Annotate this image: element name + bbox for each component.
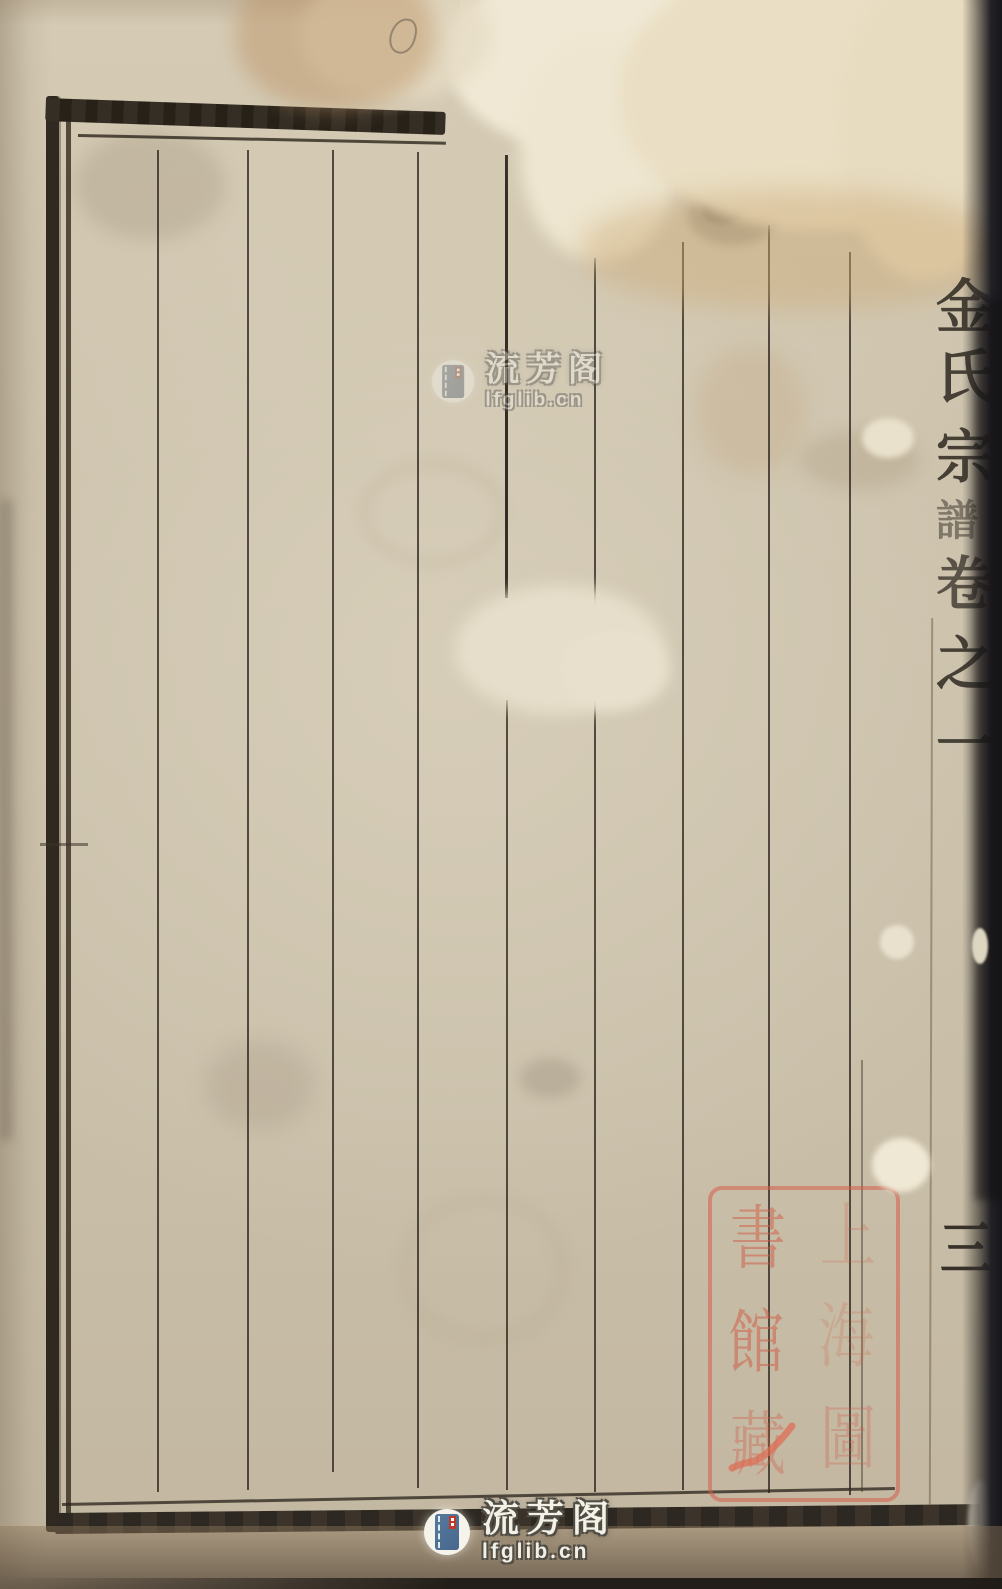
stain bbox=[520, 1058, 580, 1098]
site-watermark-top: 流芳阁 lfglib.cn bbox=[432, 352, 610, 411]
crease-tick bbox=[40, 843, 88, 846]
seal-char: 海 bbox=[818, 1303, 874, 1373]
book-spine-detail bbox=[438, 1516, 440, 1548]
ruled-line bbox=[247, 150, 249, 1490]
watermark-badge bbox=[432, 360, 474, 402]
book-gutter-shadow-core bbox=[975, 300, 1002, 1200]
book-title-slip bbox=[449, 1516, 456, 1529]
seal-char: 圖 bbox=[820, 1405, 876, 1475]
watermark-site-name: 流芳阁 bbox=[485, 352, 609, 386]
scanned-genealogy-page: { "document": { "kind_note": "aged Chine… bbox=[0, 0, 1002, 1589]
book-spine-detail bbox=[445, 367, 447, 396]
book-icon bbox=[435, 1514, 459, 1550]
stain bbox=[205, 1040, 315, 1130]
ruled-line bbox=[682, 242, 684, 1490]
ruled-line bbox=[417, 152, 419, 1488]
stain bbox=[400, 1195, 568, 1343]
ruled-line bbox=[594, 695, 596, 1492]
ruled-line bbox=[506, 700, 508, 1490]
frame-border-left bbox=[46, 96, 59, 1532]
watermark-badge bbox=[424, 1509, 470, 1555]
site-watermark-bottom: 流芳阁 lfglib.cn bbox=[424, 1500, 617, 1564]
seal-char: 館 bbox=[728, 1309, 784, 1379]
seal-red-squiggle bbox=[720, 1420, 810, 1480]
watermark-site-url: lfglib.cn bbox=[482, 1540, 617, 1564]
stain bbox=[75, 130, 225, 240]
worn-white-spot bbox=[862, 418, 914, 458]
book-title-slip bbox=[455, 367, 461, 379]
worn-white-spot bbox=[872, 1138, 930, 1192]
left-edge-streak bbox=[0, 500, 12, 1140]
ruled-line bbox=[594, 258, 596, 622]
stain bbox=[695, 345, 805, 475]
book-icon bbox=[442, 365, 464, 398]
stain bbox=[360, 460, 506, 566]
ruled-line bbox=[157, 150, 159, 1492]
worn-white-spot bbox=[880, 925, 914, 959]
seal-char: 上 bbox=[820, 1203, 876, 1273]
gutter-nick bbox=[972, 928, 988, 964]
ruled-line bbox=[332, 150, 334, 1472]
worn-light-patch bbox=[560, 630, 670, 710]
watermark-site-url: lfglib.cn bbox=[485, 389, 609, 411]
frame-border-left-inner bbox=[66, 110, 71, 1522]
seal-char: 書 bbox=[730, 1205, 786, 1275]
watermark-site-name: 流芳阁 bbox=[482, 1500, 617, 1537]
bottom-edge-black bbox=[0, 1578, 1002, 1589]
